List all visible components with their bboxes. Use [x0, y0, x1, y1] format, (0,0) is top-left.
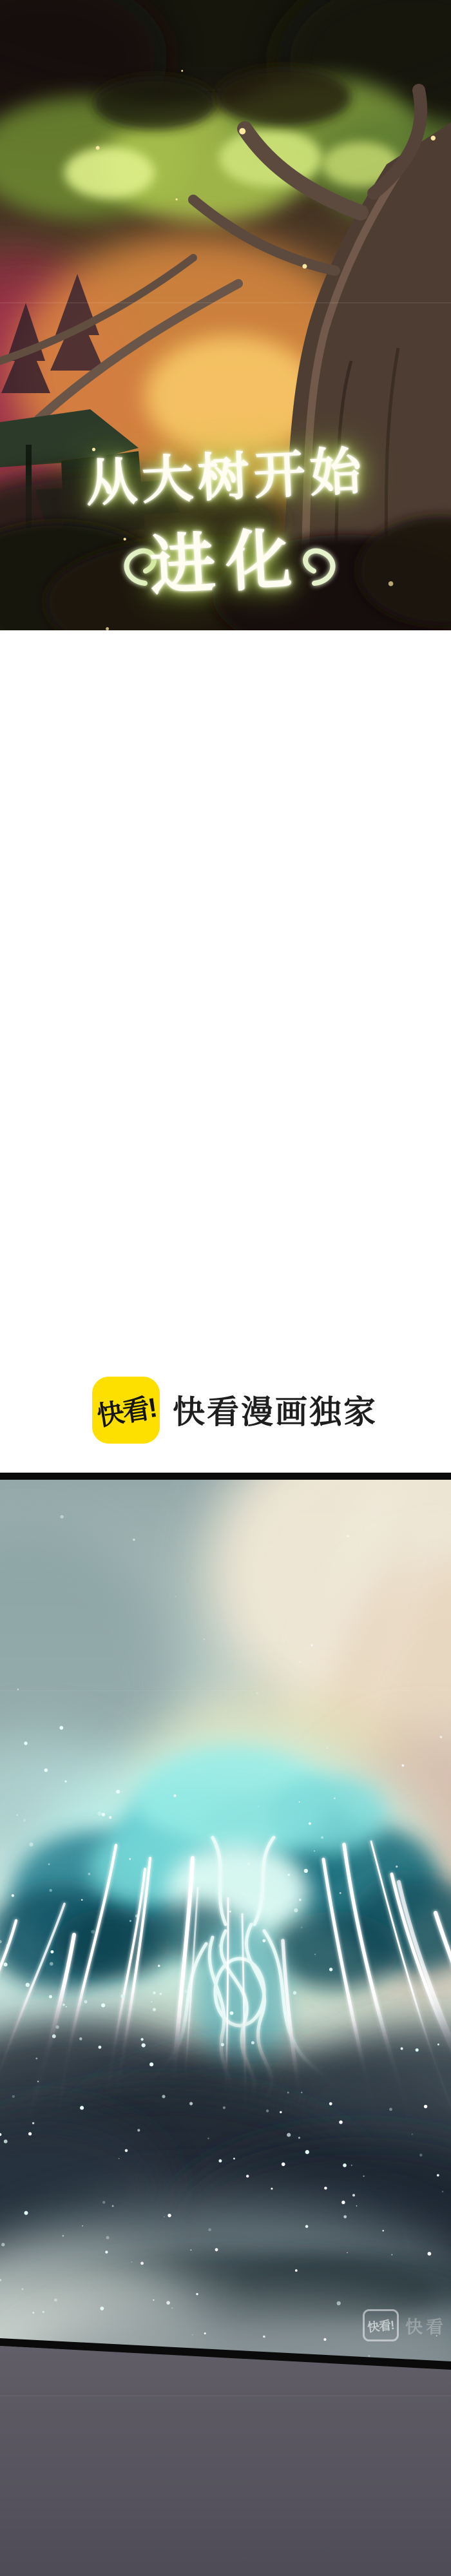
kuaikan-logo-text: 快看!	[93, 1386, 158, 1434]
comic-page: 从大树开始 进化 快看! 快看漫画独家 改编自飞卢小说网作者 绯红之夜原创小说《…	[0, 0, 451, 2576]
panel-top-border	[0, 1473, 451, 1480]
kuaikan-logo-badge: 快看!	[92, 1377, 160, 1444]
exclusive-title: 快看漫画独家	[173, 1395, 378, 1429]
watermark-badge-text: 快看!	[367, 2315, 395, 2335]
cover-art: 从大树开始 进化	[0, 0, 451, 630]
bottom-cut-band	[0, 2333, 451, 2576]
bottom-gray-area	[0, 2333, 451, 2576]
credits-section: 快看! 快看漫画独家 改编自飞卢小说网作者 绯红之夜原创小说《从大树开始的进化》…	[0, 630, 451, 1473]
bottom-tile-seam	[0, 2396, 451, 2396]
